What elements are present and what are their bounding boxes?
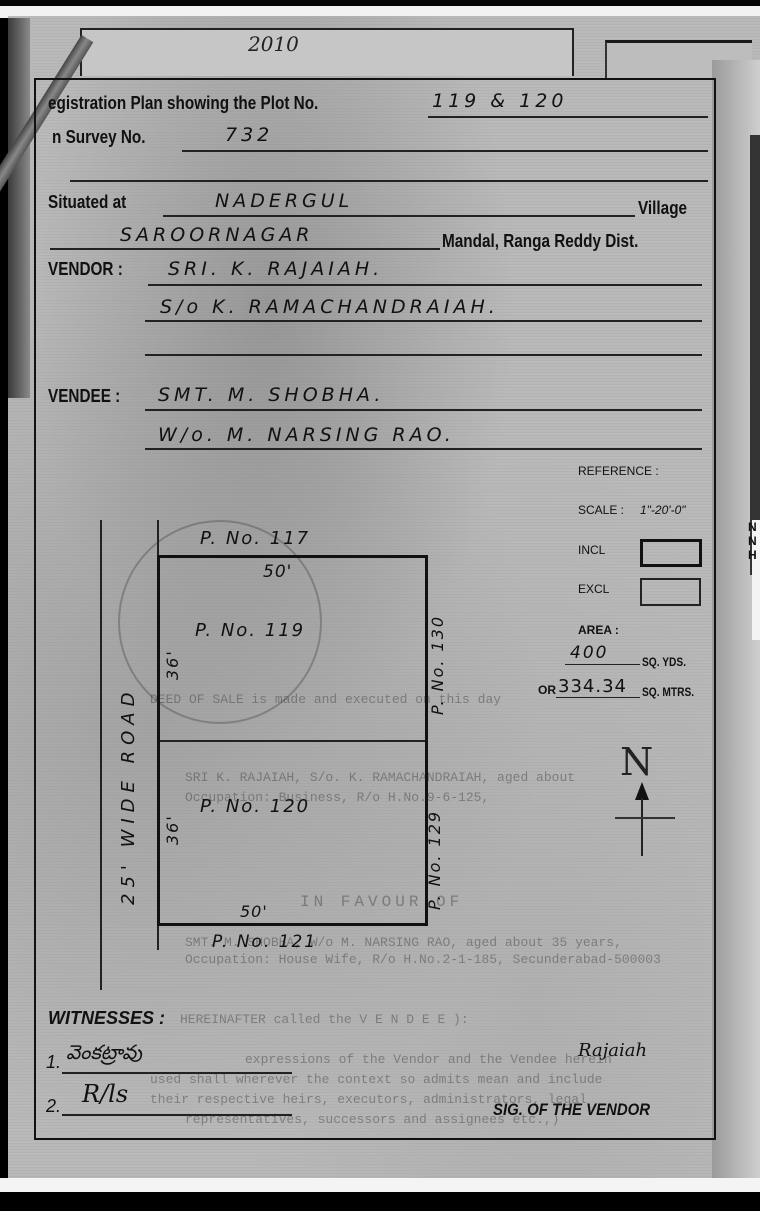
plot-divider xyxy=(160,740,425,742)
witness-1-rule xyxy=(62,1072,292,1074)
survey-number-value: 732 xyxy=(225,124,273,146)
plan-title-label: egistration Plan showing the Plot No. xyxy=(48,93,318,114)
top-dimension: 50' xyxy=(263,562,292,582)
vendor-name-value: SRI. K. RAJAIAH. xyxy=(168,258,383,280)
vendee-relation-rule xyxy=(145,448,702,450)
village-label: Village xyxy=(638,198,687,219)
incl-swatch xyxy=(640,539,702,567)
mandal-value: SAROORNAGAR xyxy=(120,224,314,246)
area-sq-mtrs-value: 334.34 xyxy=(558,676,627,697)
bg-text: HEREINAFTER called the V E N D E E ): xyxy=(180,1012,469,1027)
vendor-relation-rule xyxy=(145,320,702,322)
vendor-sig-label: SIG. OF THE VENDOR xyxy=(493,1100,650,1120)
incl-label: INCL xyxy=(578,543,605,557)
east-plot-130: P. No. 130 xyxy=(428,615,447,715)
south-plot-label: P. No. 121 xyxy=(212,932,317,952)
bg-text: used shall wherever the context so admit… xyxy=(150,1072,602,1087)
reference-label: REFERENCE : xyxy=(578,464,659,478)
area-label: AREA : xyxy=(578,623,619,637)
sq-yds-label: SQ. YDS. xyxy=(642,655,686,669)
plot-119-label: P. No. 119 xyxy=(195,620,305,641)
plot-120-label: P. No. 120 xyxy=(200,796,310,817)
situated-label: Situated at xyxy=(48,192,126,213)
bg-text: Occupation: House Wife, R/o H.No.2-1-185… xyxy=(185,952,661,967)
scale-value: 1"-20'-0" xyxy=(640,503,686,517)
blank-rule xyxy=(70,180,708,182)
vendor-label: VENDOR : xyxy=(48,259,123,280)
witness-2-signature: R/ls xyxy=(82,1080,128,1108)
left-dim-120: 36' xyxy=(163,814,182,845)
sq-mtrs-label: SQ. MTRS. xyxy=(642,685,694,699)
area-sq-yds-value: 400 xyxy=(570,643,608,663)
excl-swatch xyxy=(640,578,701,606)
folder-edge xyxy=(8,18,30,398)
north-arrow: N xyxy=(620,740,680,860)
folder-tab xyxy=(80,28,574,76)
vendee-label: VENDEE : xyxy=(48,386,120,407)
village-rule xyxy=(163,215,635,217)
vendee-relation-value: W/o. M. NARSING RAO. xyxy=(158,424,455,446)
vendor-name-rule xyxy=(148,284,702,286)
survey-label: n Survey No. xyxy=(52,127,146,148)
north-letter: N xyxy=(620,740,653,784)
witnesses-label: WITNESSES : xyxy=(48,1008,165,1029)
mandal-label: Mandal, Ranga Reddy Dist. xyxy=(442,231,638,252)
area-yds-rule xyxy=(565,664,640,665)
road-label: 25' WIDE ROAD xyxy=(118,687,139,905)
bottom-dimension: 50' xyxy=(240,902,268,921)
witness-2-number: 2. xyxy=(46,1096,61,1117)
or-label: OR xyxy=(538,683,556,697)
mandal-rule xyxy=(50,248,440,250)
tab-scribble: 2010 xyxy=(248,32,299,56)
vendor-relation-value: S/o K. RAMACHANDRAIAH. xyxy=(160,296,499,318)
left-dim-119: 36' xyxy=(163,649,182,680)
plot-numbers-rule xyxy=(428,116,708,118)
underlying-page xyxy=(712,60,760,1180)
bg-text: expressions of the Vendor and the Vendee… xyxy=(245,1052,612,1067)
underlying-page-text: NNH xyxy=(748,520,757,562)
witness-1-signature: వెంకట్రావు xyxy=(66,1040,142,1069)
scale-label: SCALE : xyxy=(578,503,624,517)
witness-2-rule xyxy=(62,1114,292,1116)
witness-1-number: 1. xyxy=(46,1052,61,1073)
excl-label: EXCL xyxy=(578,582,609,596)
bottom-margin xyxy=(0,1178,760,1192)
bottom-black-border xyxy=(0,1192,760,1211)
north-plot-label: P. No. 117 xyxy=(200,528,310,549)
survey-rule xyxy=(182,150,708,152)
plot-numbers-value: 119 & 120 xyxy=(432,90,567,112)
vendor-signature: Rajaiah xyxy=(578,1040,647,1061)
vendor-blank-rule xyxy=(145,354,702,356)
vendee-name-rule xyxy=(145,409,702,411)
vendee-name-value: SMT. M. SHOBHA. xyxy=(158,384,384,406)
road-edge-left xyxy=(100,520,102,990)
village-value: NADERGUL xyxy=(215,190,353,212)
east-plot-129: P. No. 129 xyxy=(425,810,444,910)
area-mtrs-rule xyxy=(556,697,640,698)
plot-outline xyxy=(157,555,428,926)
